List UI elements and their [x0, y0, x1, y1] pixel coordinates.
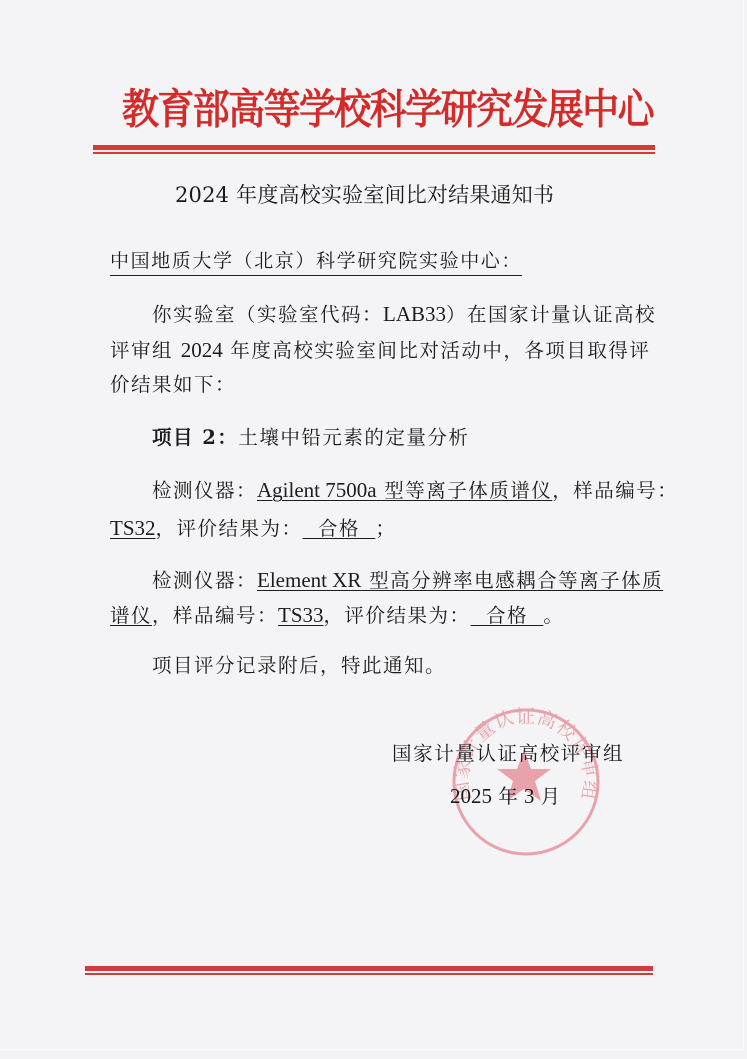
instrument-name: Element XR 型高分辨率电感耦合等离子体质 [257, 569, 663, 592]
project-label: 项目 2： [152, 426, 238, 449]
intro-line-1: 你实验室（实验室代码：LAB33）在国家计量认证高校 [152, 300, 656, 329]
signature-date: 2025 年 3 月 [450, 782, 560, 811]
result-2-line-1: 检测仪器：Element XR 型高分辨率电感耦合等离子体质 [152, 566, 663, 595]
footer-rule-thin [85, 973, 653, 975]
instrument-type-cont: 谱仪 [110, 604, 152, 627]
result-1-line-2: TS32，评价结果为： 合格 ； [110, 514, 396, 543]
project-line: 项目 2：土壤中铅元素的定量分析 [152, 424, 469, 452]
sample-label: ，样品编号： [552, 479, 678, 502]
signature-organization: 国家计量认证高校评审组 [392, 740, 624, 768]
instrument-name: Agilent 7500a 型等离子体质谱仪 [257, 479, 552, 502]
result-value: 合格 [303, 517, 376, 540]
instrument-label: 检测仪器： [152, 569, 257, 592]
document-page: 教育部高等学校科学研究发展中心 2024 年度高校实验室间比对结果通知书 中国地… [0, 0, 744, 1050]
result-end: ； [375, 517, 396, 540]
result-text: 合格 [486, 604, 528, 627]
organization-letterhead: 教育部高等学校科学研究发展中心 [122, 82, 622, 138]
activity-year: 2024 [181, 338, 223, 362]
intro-text: 你实验室（实验室代码： [152, 303, 383, 326]
document-title: 2024 年度高校实验室间比对结果通知书 [175, 180, 554, 210]
recipient: 中国地质大学（北京）科学研究院实验中心： [110, 247, 522, 276]
intro-text: ）在国家计量认证高校 [446, 303, 656, 326]
instrument-model: Element XR [257, 568, 361, 592]
footer-rule-thick [85, 966, 653, 971]
intro-line-2: 评审组 2024 年度高校实验室间比对活动中，各项目取得评 [110, 336, 650, 365]
closing-line: 项目评分记录附后，特此通知。 [152, 652, 446, 680]
instrument-type: 型高分辨率电感耦合等离子体质 [361, 569, 663, 592]
result-1-line-1: 检测仪器：Agilent 7500a 型等离子体质谱仪，样品编号： [152, 476, 678, 505]
instrument-model: Agilent 7500a [257, 478, 377, 502]
sample-label: ，样品编号： [152, 604, 278, 627]
date-month-suffix: 月 [534, 785, 560, 808]
date-year-suffix: 年 [492, 785, 524, 808]
instrument-type: 型等离子体质谱仪 [377, 479, 553, 502]
intro-text: 评审组 [110, 339, 181, 362]
header-rule-thick [93, 145, 655, 150]
sample-id: TS32 [110, 516, 156, 540]
result-label: ，评价结果为： [156, 517, 303, 540]
intro-line-3: 价结果如下： [110, 371, 236, 399]
result-text: 合格 [318, 517, 360, 540]
result-value: 合格 [471, 604, 544, 627]
lab-code: LAB33 [383, 302, 446, 326]
header-rule-thin [93, 152, 655, 154]
result-2-line-2: 谱仪，样品编号：TS33，评价结果为： 合格 。 [110, 601, 564, 630]
date-month: 3 [524, 784, 535, 808]
sample-id: TS33 [278, 603, 324, 627]
project-name: 土壤中铅元素的定量分析 [238, 426, 469, 449]
result-end: 。 [543, 604, 564, 627]
result-label: ，评价结果为： [324, 604, 471, 627]
date-year: 2025 [450, 784, 492, 808]
instrument-label: 检测仪器： [152, 479, 257, 502]
intro-text: 年度高校实验室间比对活动中，各项目取得评 [223, 339, 651, 362]
